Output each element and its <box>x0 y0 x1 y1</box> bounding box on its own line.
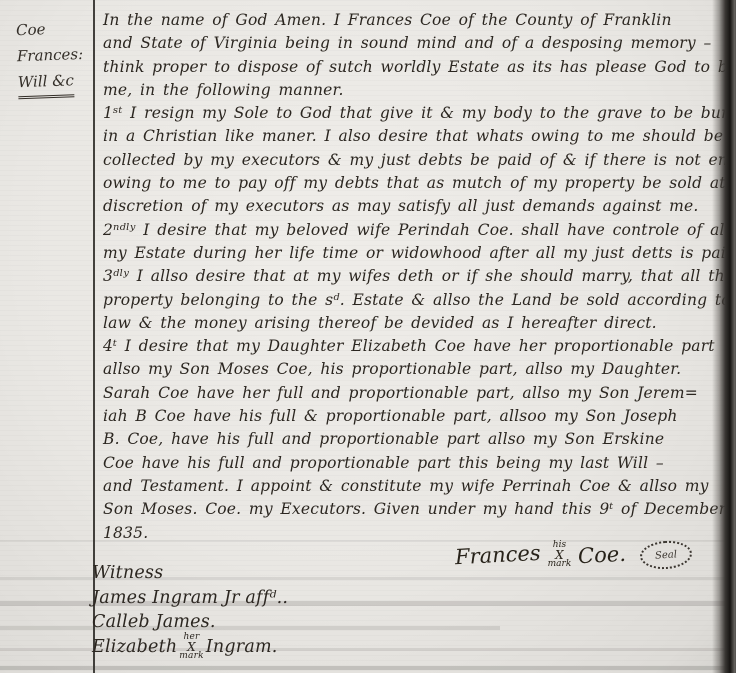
witness-signature-2: Calleb James. <box>92 610 288 635</box>
mark-label: mark <box>179 652 203 661</box>
book-edge-shadow <box>712 0 736 673</box>
witness3-surname: Ingram. <box>206 635 278 660</box>
witness3-given-name: Elizabeth <box>92 635 177 660</box>
signature-given-name: Frances <box>454 541 541 569</box>
will-text-line: and State of Virginia being in sound min… <box>103 32 721 55</box>
witness-block: Witness James Ingram Jr affᵈ.. Calleb Ja… <box>92 561 288 659</box>
her-mark-stack: her X mark <box>179 633 203 661</box>
will-text-line: collected by my executors & my just debt… <box>103 149 721 172</box>
will-text-line: 1ˢᵗ I resign my Sole to God that give it… <box>103 102 721 125</box>
will-text-line: my Estate during her life time or widowh… <box>103 242 721 265</box>
scan-streak <box>0 540 736 542</box>
will-text-line: B. Coe, have his full and proportionable… <box>103 428 721 451</box>
will-text-line: in a Christian like maner. I also desire… <box>103 125 721 148</box>
will-text-line: Son Moses. Coe. my Executors. Given unde… <box>103 498 721 521</box>
his-mark-stack: his X mark <box>548 541 572 569</box>
will-text-line: 4ᵗ I desire that my Daughter Elizabeth C… <box>103 335 721 358</box>
will-text-line: property belonging to the sᵈ. Estate & a… <box>103 289 721 312</box>
will-text-line: In the name of God Amen. I Frances Coe o… <box>103 9 721 32</box>
scan-streak <box>0 648 736 651</box>
will-text-line: 2ⁿᵈˡʸ I desire that my beloved wife Peri… <box>103 219 721 242</box>
will-text-line: and Testament. I appoint & constitute my… <box>103 475 721 498</box>
will-text-line: think proper to dispose of sutch worldly… <box>103 56 721 79</box>
will-text-line: Coe have his full and proportionable par… <box>103 452 721 475</box>
will-text-line: allso my Son Moses Coe, his proportionab… <box>103 358 721 381</box>
will-text-line: law & the money arising thereof be devid… <box>103 312 721 335</box>
margin-doc-type: Will &c <box>17 67 88 99</box>
will-text-line: iah B Coe have his full & proportionable… <box>103 405 721 428</box>
witness-signature-3: Elizabeth her X mark Ingram. <box>92 635 288 660</box>
scan-streak <box>0 626 500 630</box>
margin-surname: Coe <box>16 15 87 43</box>
will-text-line: Sarah Coe have her full and proportionab… <box>103 382 721 405</box>
mark-label: mark <box>548 560 572 569</box>
witness-signature-1: James Ingram Jr affᵈ.. <box>92 586 288 611</box>
scan-streak <box>0 666 736 670</box>
will-body-text: In the name of God Amen. I Frances Coe o… <box>103 9 721 545</box>
witness-heading: Witness <box>92 561 288 586</box>
scan-streak <box>0 601 736 606</box>
will-text-line: 3ᵈˡʸ I allso desire that at my wifes det… <box>103 265 721 288</box>
testator-signature: Frances his X mark Coe. Seal <box>455 541 692 569</box>
margin-annotation: Coe Frances: Will &c <box>16 15 89 99</box>
margin-given-name: Frances: <box>16 41 87 69</box>
signature-surname: Coe. <box>578 542 627 568</box>
seal-icon: Seal <box>639 539 693 571</box>
scan-streak <box>0 577 736 580</box>
will-text-line: owing to me to pay off my debts that as … <box>103 172 721 195</box>
will-text-line: discretion of my executors as may satisf… <box>103 195 721 218</box>
will-text-line: me, in the following manner. <box>103 79 721 102</box>
scanned-will-document-page: Coe Frances: Will &c In the name of God … <box>0 0 736 673</box>
